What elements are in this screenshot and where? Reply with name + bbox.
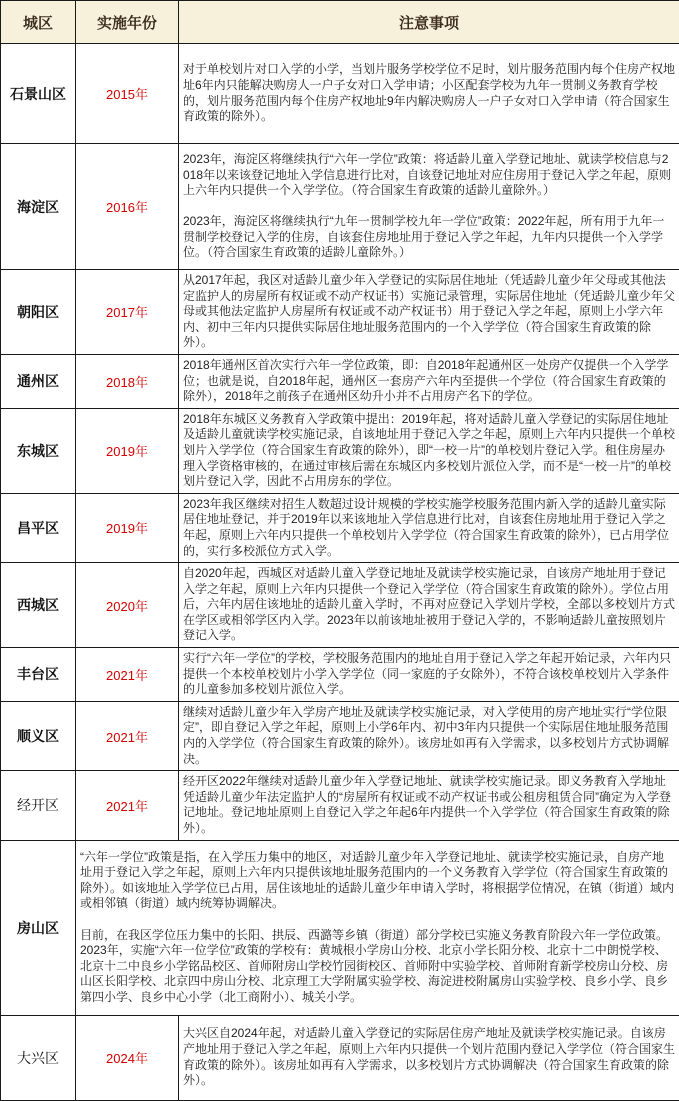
year-cell: 2019年 <box>76 408 179 493</box>
year-cell: 2019年 <box>76 493 179 562</box>
row-changping: 昌平区 2019年 2023年我区继续对招生人数超过设计规模的学校实施学校服务范… <box>1 493 679 562</box>
row-fangshan: 房山区 “六年一学位”政策是指，在入学压力集中的地区，对适龄儿童少年入学登记地址… <box>1 840 679 1015</box>
row-dongcheng: 东城区 2019年 2018年东城区义务教育入学政策中提出：2019年起，将对适… <box>1 408 679 493</box>
row-haidian: 海淀区 2016年 2023年，海淀区将继续执行“六年一学位”政策：将适龄儿童入… <box>1 144 679 270</box>
year-cell: 2021年 <box>76 648 179 702</box>
notes-cell: 2023年我区继续对招生人数超过设计规模的学校实施学校服务范围内新入学的适龄儿童… <box>179 493 679 562</box>
notes-cell-merged: “六年一学位”政策是指，在入学压力集中的地区，对适龄儿童少年入学登记地址、就读学… <box>76 840 679 1015</box>
district-cell: 海淀区 <box>1 144 76 270</box>
row-shijingshan: 石景山区 2015年 对于单校划片对口入学的小学，当划片服务学校学位不足时，划片… <box>1 44 679 144</box>
notes-cell: 大兴区自2024年起，对适龄儿童入学登记的实际居住房产地址及就读学校实施记录。自… <box>179 1015 679 1100</box>
row-daxing: 大兴区 2024年 大兴区自2024年起，对适龄儿童入学登记的实际居住房产地址及… <box>1 1015 679 1100</box>
district-cell: 顺义区 <box>1 701 76 770</box>
notes-cell: 实行“六年一学位”的学校，学校服务范围内的地址自用于登记入学之年起开始记录，六年… <box>179 648 679 702</box>
year-cell: 2021年 <box>76 701 179 770</box>
year-cell: 2024年 <box>76 1015 179 1100</box>
year-cell: 2021年 <box>76 771 179 840</box>
district-cell: 丰台区 <box>1 648 76 702</box>
header-district: 城区 <box>1 1 76 44</box>
notes-cell: 2018年东城区义务教育入学政策中提出：2019年起，将对适龄儿童入学登记的实际… <box>179 408 679 493</box>
notes-cell: 从2017年起，我区对适龄儿童少年入学登记的实际居住地址（凭适龄儿童少年父母或其… <box>179 270 679 355</box>
district-cell: 西城区 <box>1 563 76 648</box>
row-jingkai: 经开区 2021年 经开区2022年继续对适龄儿童少年入学登记地址、就读学校实施… <box>1 771 679 840</box>
notes-cell: 自2020年起，西城区对适龄儿童入学登记地址及就读学校实施记录，自该房产地址用于… <box>179 563 679 648</box>
notes-cell: 对于单校划片对口入学的小学，当划片服务学校学位不足时，划片服务范围内每个住房产权… <box>179 44 679 144</box>
row-fengtai: 丰台区 2021年 实行“六年一学位”的学校，学校服务范围内的地址自用于登记入学… <box>1 648 679 702</box>
district-cell: 昌平区 <box>1 493 76 562</box>
district-cell: 东城区 <box>1 408 76 493</box>
row-tongzhou: 通州区 2018年 2018年通州区首次实行六年一学位政策，即：自2018年起通… <box>1 354 679 408</box>
row-xicheng: 西城区 2020年 自2020年起，西城区对适龄儿童入学登记地址及就读学校实施记… <box>1 563 679 648</box>
notes-cell: 继续对适龄儿童少年入学房产地址及就读学校实施记录，对入学使用的房产地址实行“学位… <box>179 701 679 770</box>
district-cell: 朝阳区 <box>1 270 76 355</box>
row-shunyi: 顺义区 2021年 继续对适龄儿童少年入学房产地址及就读学校实施记录，对入学使用… <box>1 701 679 770</box>
year-cell: 2016年 <box>76 144 179 270</box>
header-year: 实施年份 <box>76 1 179 44</box>
header-notes: 注意事项 <box>179 1 679 44</box>
district-cell: 石景山区 <box>1 44 76 144</box>
district-cell: 大兴区 <box>1 1015 76 1100</box>
row-chaoyang: 朝阳区 2017年 从2017年起，我区对适龄儿童少年入学登记的实际居住地址（凭… <box>1 270 679 355</box>
year-cell: 2018年 <box>76 354 179 408</box>
policy-table-page: 城区 实施年份 注意事项 石景山区 2015年 对于单校划片对口入学的小学，当划… <box>0 0 679 1101</box>
notes-cell: 经开区2022年继续对适龄儿童少年入学登记地址、就读学校实施记录。即义务教育入学… <box>179 771 679 840</box>
year-cell: 2020年 <box>76 563 179 648</box>
header-row: 城区 实施年份 注意事项 <box>1 1 679 44</box>
district-cell: 通州区 <box>1 354 76 408</box>
year-cell: 2017年 <box>76 270 179 355</box>
notes-cell: 2018年通州区首次实行六年一学位政策，即：自2018年起通州区一处房产仅提供一… <box>179 354 679 408</box>
district-cell: 经开区 <box>1 771 76 840</box>
notes-cell: 2023年，海淀区将继续执行“六年一学位”政策：将适龄儿童入学登记地址、就读学校… <box>179 144 679 270</box>
year-cell: 2015年 <box>76 44 179 144</box>
district-cell: 房山区 <box>1 840 76 1015</box>
district-policy-table: 城区 实施年份 注意事项 石景山区 2015年 对于单校划片对口入学的小学，当划… <box>0 0 679 1101</box>
